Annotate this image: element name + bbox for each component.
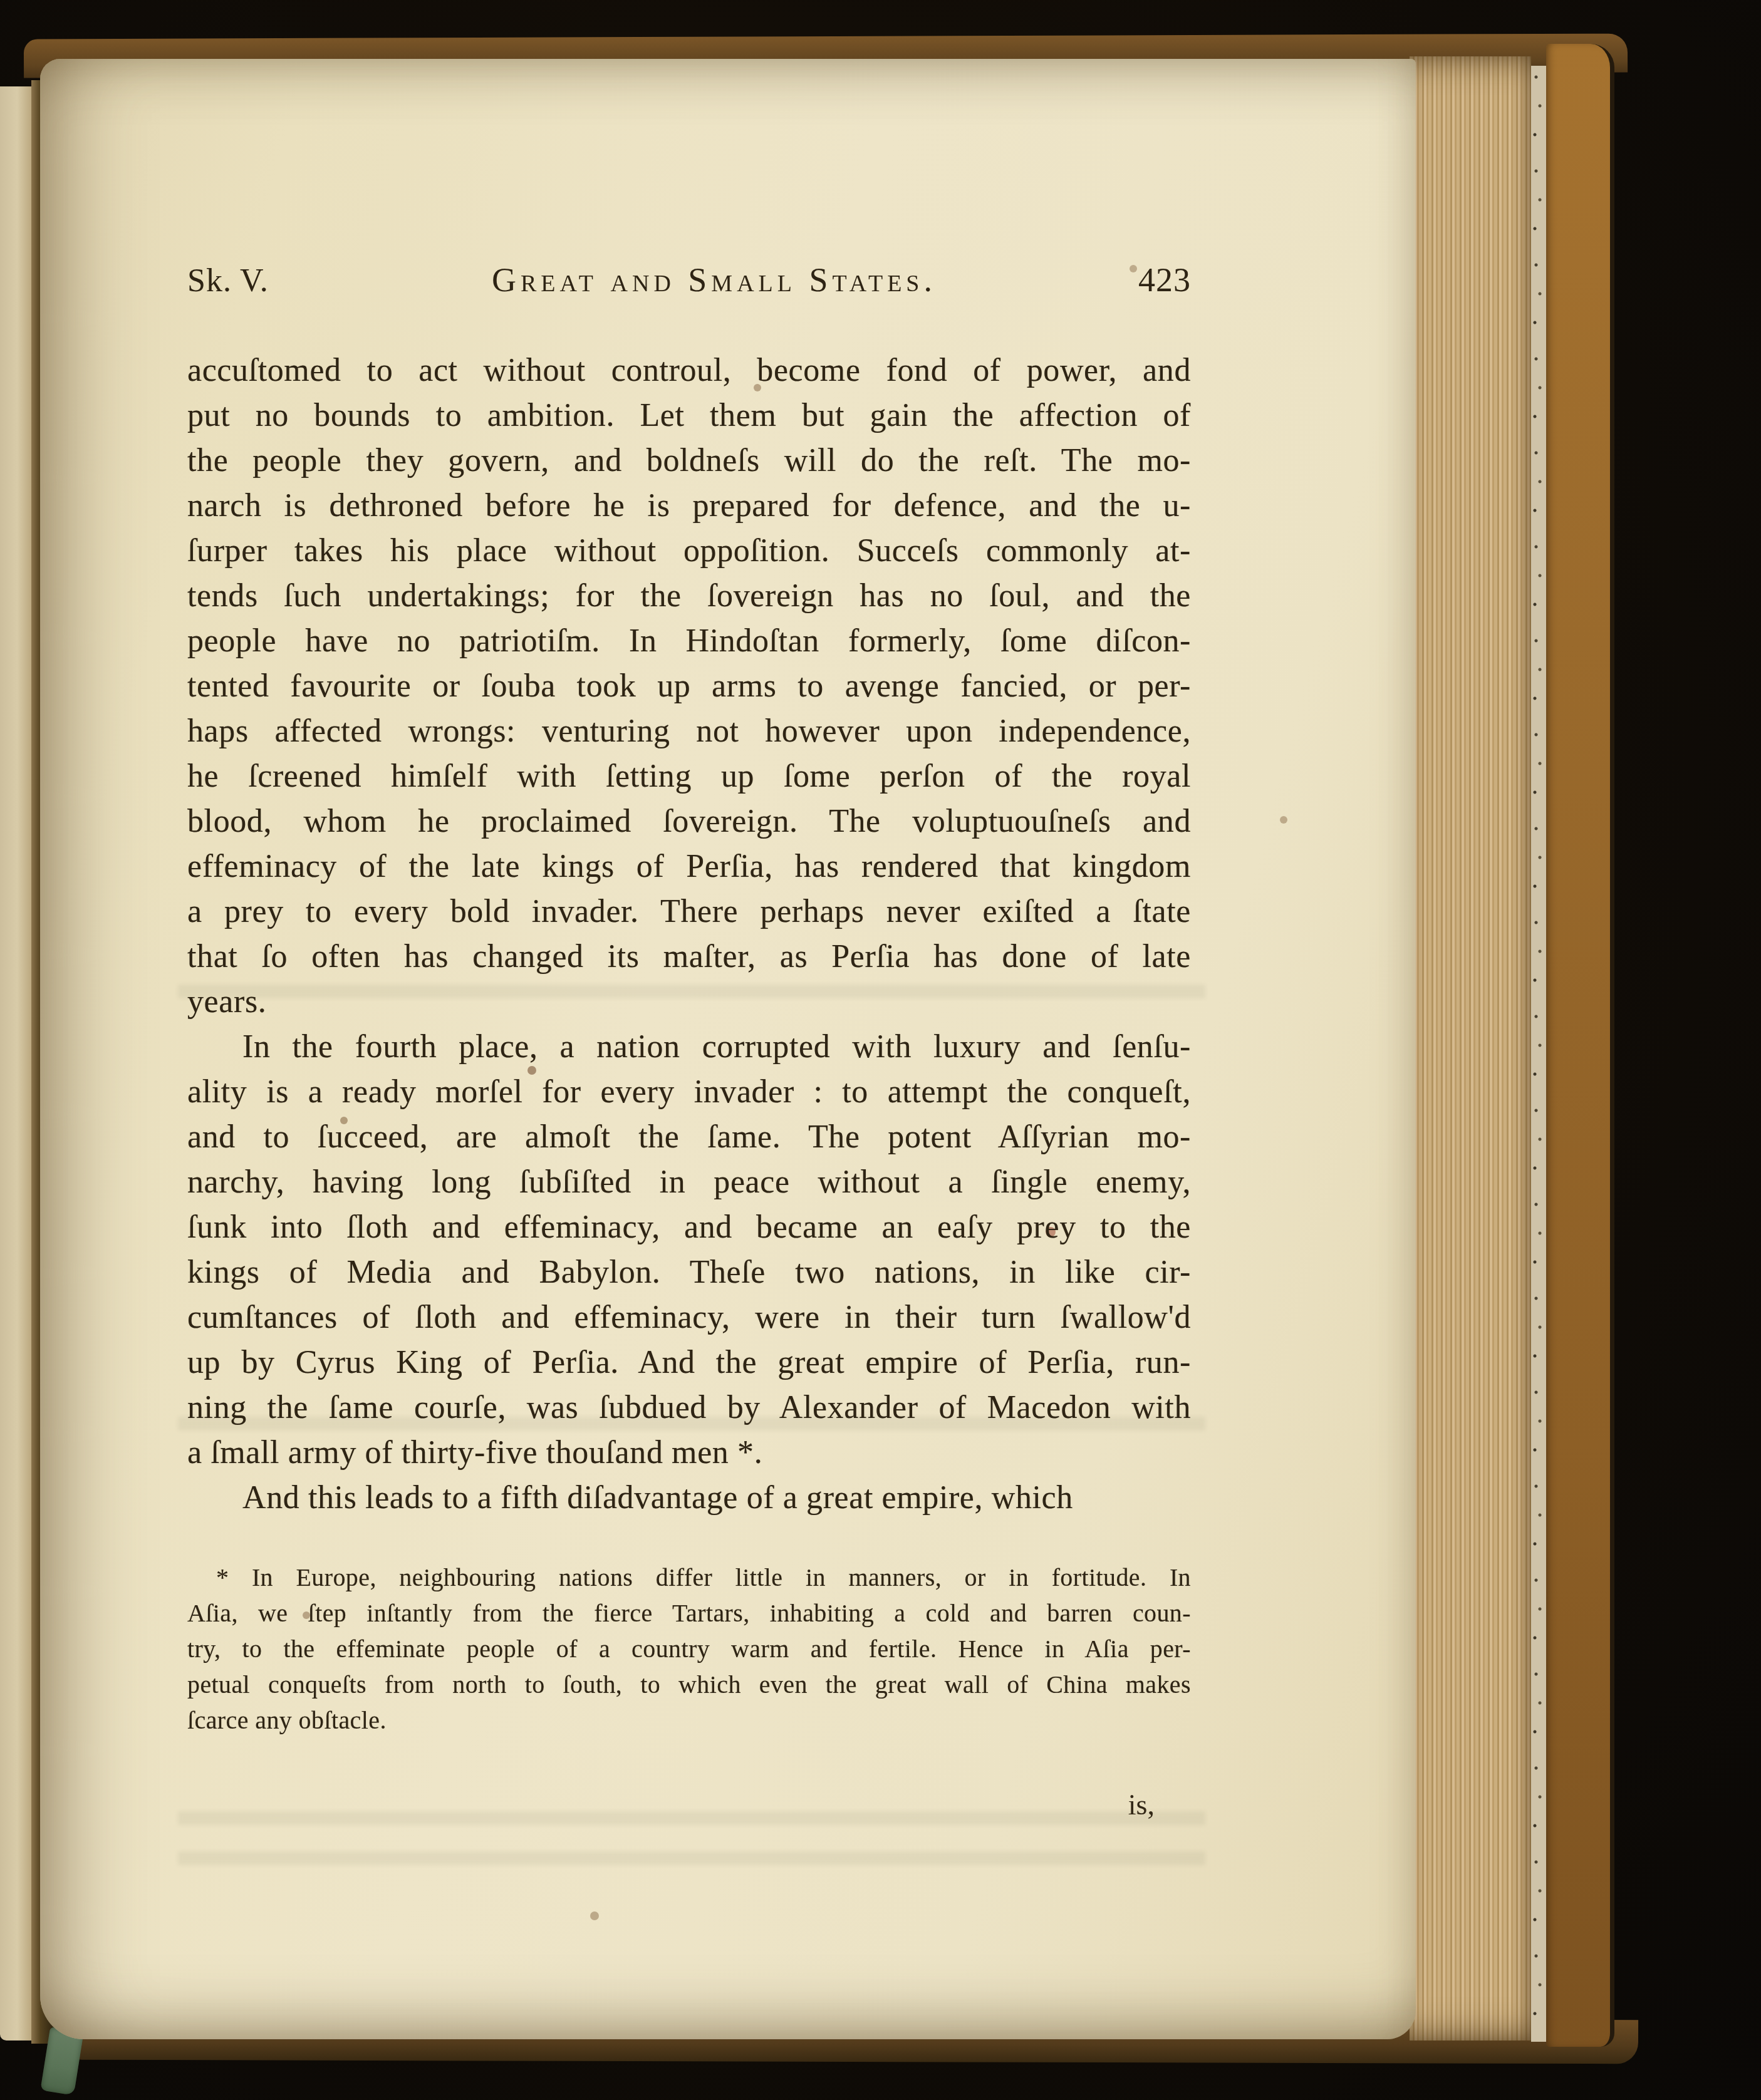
text-line: ning the ſame courſe, was ſubdued by Ale…	[187, 1385, 1191, 1430]
text-line: And this leads to a fifth diſadvantage o…	[187, 1476, 1191, 1521]
paragraph: In the fourth place, a nation corrupted …	[187, 1025, 1191, 1476]
catchword: is,	[187, 1788, 1191, 1821]
paragraph: accuſtomed to act without controul, beco…	[187, 348, 1191, 1025]
text-line: In the fourth place, a nation corrupted …	[187, 1025, 1191, 1070]
body-text: accuſtomed to act without controul, beco…	[187, 348, 1191, 1521]
text-line: that ſo often has changed its maſter, as…	[187, 934, 1191, 980]
text-line: years.	[187, 980, 1191, 1025]
text-line: kings of Media and Babylon. Theſe two na…	[187, 1250, 1191, 1295]
text-line: up by Cyrus King of Perſia. And the grea…	[187, 1340, 1191, 1385]
text-line: a ſmall army of thirty-five thouſand men…	[187, 1430, 1191, 1476]
previous-page-sliver	[0, 86, 31, 2041]
signature-mark: Sk. V.	[187, 262, 375, 299]
text-line: haps affected wrongs: venturing not howe…	[187, 709, 1191, 754]
running-header: Sk. V. Great and Small States. 423	[187, 261, 1191, 316]
text-line: put no bounds to ambition. Let them but …	[187, 393, 1191, 438]
paragraph: And this leads to a fifth diſadvantage o…	[187, 1476, 1191, 1521]
text-block: Sk. V. Great and Small States. 423 accuſ…	[187, 261, 1191, 1821]
text-line: blood, whom he proclaimed ſovereign. The…	[187, 799, 1191, 844]
text-line: try, to the effeminate people of a count…	[187, 1631, 1191, 1667]
text-line: ſcarce any obſtacle.	[187, 1702, 1191, 1738]
text-line: ſunk into ſloth and effeminacy, and beca…	[187, 1205, 1191, 1250]
text-line: petual conqueſts from north to ſouth, to…	[187, 1667, 1191, 1702]
text-line: accuſtomed to act without controul, beco…	[187, 348, 1191, 393]
text-line: Aſia, we ſtep inſtantly from the fierce …	[187, 1595, 1191, 1631]
page-block-fore-edge	[1410, 56, 1531, 2041]
footnote: * In Europe, neighbouring nations differ…	[187, 1559, 1191, 1738]
text-line: and to ſucceed, are almoſt the ſame. The…	[187, 1115, 1191, 1160]
book-page: Sk. V. Great and Small States. 423 accuſ…	[40, 59, 1416, 2039]
text-line: tends ſuch undertakings; for the ſoverei…	[187, 574, 1191, 619]
text-line: he ſcreened himſelf with ſetting up ſome…	[187, 754, 1191, 799]
text-line: narch is dethroned before he is prepared…	[187, 484, 1191, 529]
text-line: ality is a ready morſel for every invade…	[187, 1070, 1191, 1115]
text-line: effeminacy of the late kings of Perſia, …	[187, 844, 1191, 889]
text-line: narchy, having long ſubſiſted in peace w…	[187, 1160, 1191, 1205]
page-number: 423	[1053, 261, 1191, 299]
photo-of-open-book: Sk. V. Great and Small States. 423 accuſ…	[0, 0, 1761, 2100]
page-title: Great and Small States.	[375, 261, 1053, 299]
leather-cover	[1546, 44, 1614, 2047]
text-line: tented favourite or ſouba took up arms t…	[187, 664, 1191, 709]
text-line: the people they govern, and boldneſs wil…	[187, 438, 1191, 484]
text-line: a prey to every bold invader. There perh…	[187, 889, 1191, 934]
endpaper-strip	[1531, 66, 1546, 2042]
text-line: cumſtances of ſloth and effeminacy, were…	[187, 1295, 1191, 1340]
paper-speckles	[40, 59, 46, 65]
text-line: ſurper takes his place without oppoſitio…	[187, 529, 1191, 574]
text-line: * In Europe, neighbouring nations differ…	[187, 1559, 1191, 1595]
text-line: people have no patriotiſm. In Hindoſtan …	[187, 619, 1191, 664]
